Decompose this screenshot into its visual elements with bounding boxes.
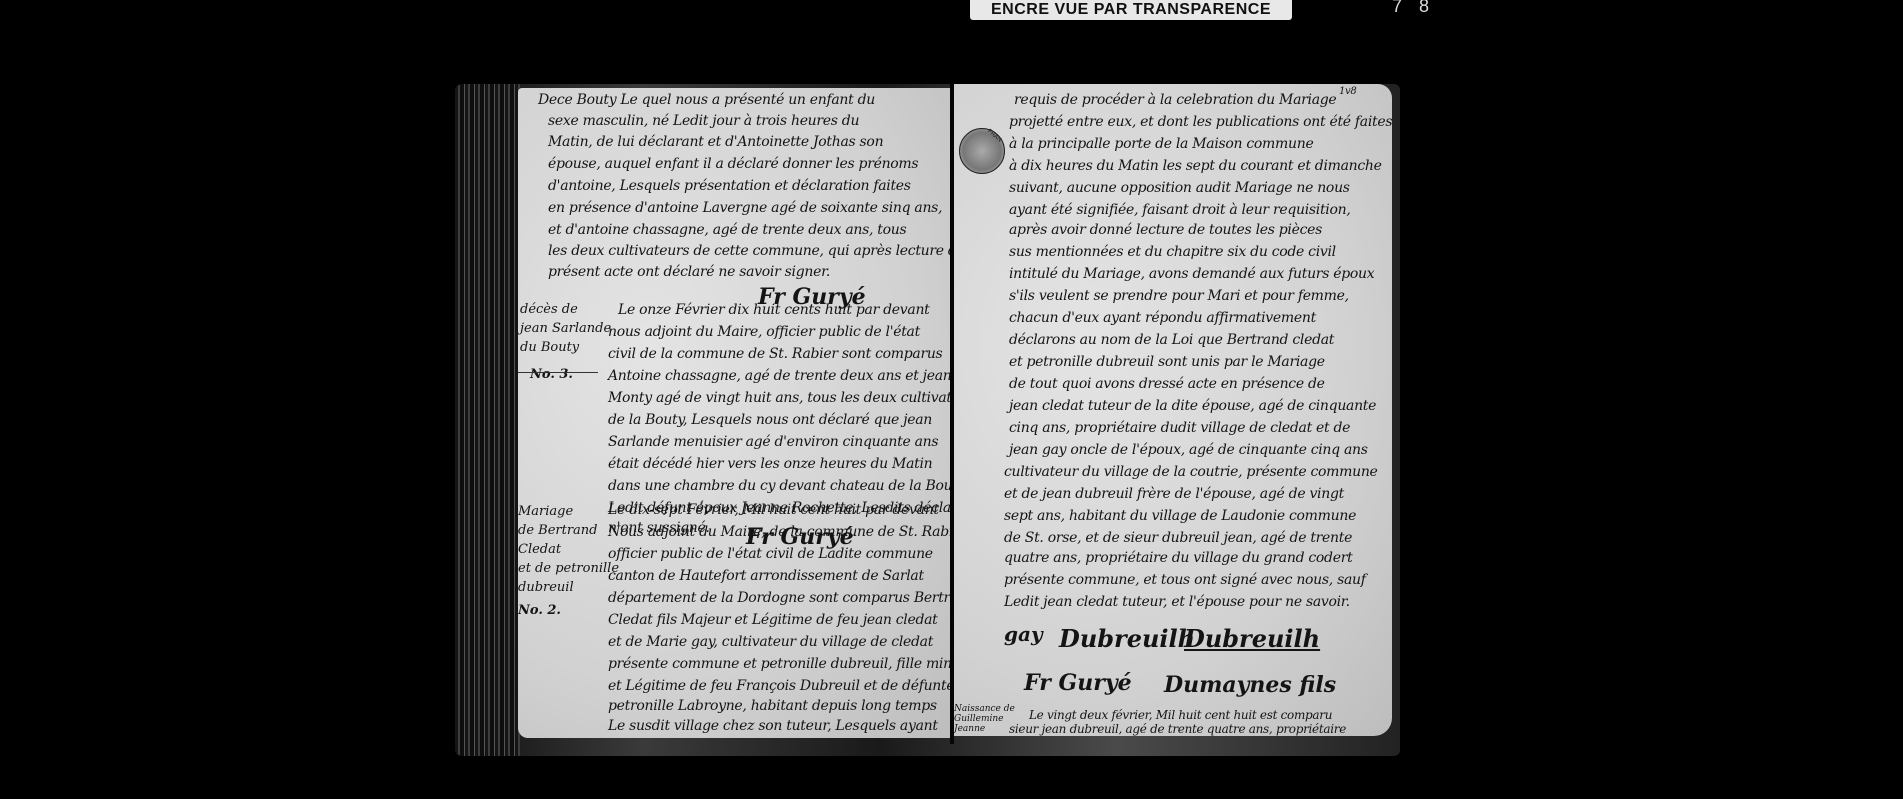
text-line: officier public de l'état civil de Ladit… [608, 546, 933, 562]
text-line: présente commune, et tous ont signé avec… [1004, 572, 1366, 588]
text-line: s'ils veulent se prendre pour Mari et po… [1009, 288, 1349, 304]
text-line: sept ans, habitant du village de Laudoni… [1004, 508, 1356, 524]
text-line: petronille Labroyne, habitant depuis lon… [608, 698, 937, 714]
stamp-seal-icon: FRAN [959, 128, 1005, 174]
text-line: suivant, aucune opposition audit Mariage… [1009, 180, 1350, 196]
text-line: en présence d'antoine Lavergne agé de so… [548, 200, 942, 216]
text-line: Le dix-sept Février, Mil huit cent huit … [608, 502, 939, 518]
text-line: Sarlande menuisier agé d'environ cinquan… [608, 434, 938, 450]
signature-dumaynes: Dumaynes fils [1164, 672, 1336, 698]
text-line: et de Marie gay, cultivateur du village … [608, 634, 933, 650]
folio-corner: 1v8 [1339, 86, 1356, 97]
text-line: épouse, auquel enfant il a déclaré donne… [548, 156, 918, 172]
text-line: Nous adjoint du Maire, de la commune de … [608, 524, 950, 540]
signature-dubreuilh-1: Dubreuilh [1059, 624, 1195, 653]
text-line: Le susdit village chez son tuteur, Lesqu… [608, 718, 938, 734]
text-line: canton de Hautefort arrondissement de Sa… [608, 568, 924, 584]
text-line: ayant été signifiée, faisant droit à leu… [1009, 202, 1350, 218]
margin-note-naissance: Naissance de Guillemine Jeanne [954, 704, 1015, 734]
text-line: de St. orse, et de sieur dubreuil jean, … [1004, 530, 1352, 546]
folio-number: 7 8 [1392, 0, 1435, 12]
margin-divider [518, 372, 598, 373]
signature-dubreuilh-2: Dubreuilh [1184, 624, 1320, 653]
text-line: Le onze Février dix huit cents huit par … [618, 302, 930, 318]
text-line: à dix heures du Matin les sept du couran… [1009, 158, 1382, 174]
text-line: et petronille dubreuil sont unis par le … [1009, 354, 1325, 370]
signature-guerye: Fr Guryé [1024, 670, 1132, 696]
text-line: cinq ans, propriétaire dudit village de … [1009, 420, 1350, 436]
text-line: présent acte ont déclaré ne savoir signe… [548, 264, 830, 280]
text-line: sieur jean dubreuil, agé de trente quatr… [1009, 722, 1346, 736]
text-line: Antoine chassagne, agé de trente deux an… [608, 368, 950, 384]
text-line: Dece Bouty Le quel nous a présenté un en… [538, 92, 875, 108]
text-line: et Légitime de feu François Dubreuil et … [608, 678, 950, 694]
text-line: présente commune et petronille dubreuil,… [608, 656, 950, 672]
text-line: chacun d'eux ayant répondu affirmativeme… [1009, 310, 1316, 326]
transparency-ink-label: ENCRE VUE PAR TRANSPARENCE [970, 0, 1292, 20]
text-line: déclarons au nom de la Loi que Bertrand … [1009, 332, 1334, 348]
text-line: d'antoine, Lesquels présentation et décl… [548, 178, 911, 194]
text-line: sus mentionnées et du chapitre six du co… [1009, 244, 1336, 260]
text-line: Matin, de lui déclarant et d'Antoinette … [548, 134, 883, 150]
text-line: quatre ans, propriétaire du village du g… [1004, 550, 1352, 566]
left-page: Dece Bouty Le quel nous a présenté un en… [518, 88, 950, 738]
text-line: et d'antoine chassagne, agé de trente de… [548, 222, 906, 238]
text-line: Monty agé de vingt huit ans, tous les de… [608, 390, 950, 406]
text-line: sexe masculin, né Ledit jour à trois heu… [548, 113, 859, 129]
text-line: jean gay oncle de l'époux, agé de cinqua… [1009, 442, 1368, 458]
text-line: dans une chambre du cy devant chateau de… [608, 478, 950, 494]
text-line: les deux cultivateurs de cette commune, … [548, 243, 950, 259]
text-line: Ledit jean cledat tuteur, et l'épouse po… [1004, 594, 1350, 610]
margin-note-mariage: Mariage de Bertrand Cledat et de petroni… [518, 502, 619, 620]
text-line: de tout quoi avons dressé acte en présen… [1009, 376, 1325, 392]
text-line: à la principalle porte de la Maison comm… [1009, 136, 1313, 152]
text-line: département de la Dordogne sont comparus… [608, 590, 950, 606]
text-line: Cledat fils Majeur et Légitime de feu je… [608, 612, 938, 628]
text-line: requis de procéder à la celebration du M… [1014, 92, 1336, 108]
book-cover-edge [455, 84, 520, 756]
text-line: civil de la commune de St. Rabier sont c… [608, 346, 942, 362]
right-page: FRAN 1v8 requis de procéder à la celebra… [954, 84, 1392, 736]
text-line: de la Bouty, Lesquels nous ont déclaré q… [608, 412, 932, 428]
signature-gay: gay [1004, 622, 1043, 646]
text-line: Le vingt deux février, Mil huit cent hui… [1029, 708, 1332, 722]
text-line: projetté entre eux, et dont les publicat… [1009, 114, 1392, 130]
text-line: jean cledat tuteur de la dite épouse, ag… [1009, 398, 1376, 414]
text-line: cultivateur du village de la coutrie, pr… [1004, 464, 1378, 480]
text-line: nous adjoint du Maire, officier public d… [608, 324, 920, 340]
text-line: intitulé du Mariage, avons demandé aux f… [1009, 266, 1374, 282]
text-line: et de jean dubreuil frère de l'épouse, a… [1004, 486, 1344, 502]
text-line: était décédé hier vers les onze heures d… [608, 456, 932, 472]
text-line: après avoir donné lecture de toutes les … [1009, 222, 1322, 238]
